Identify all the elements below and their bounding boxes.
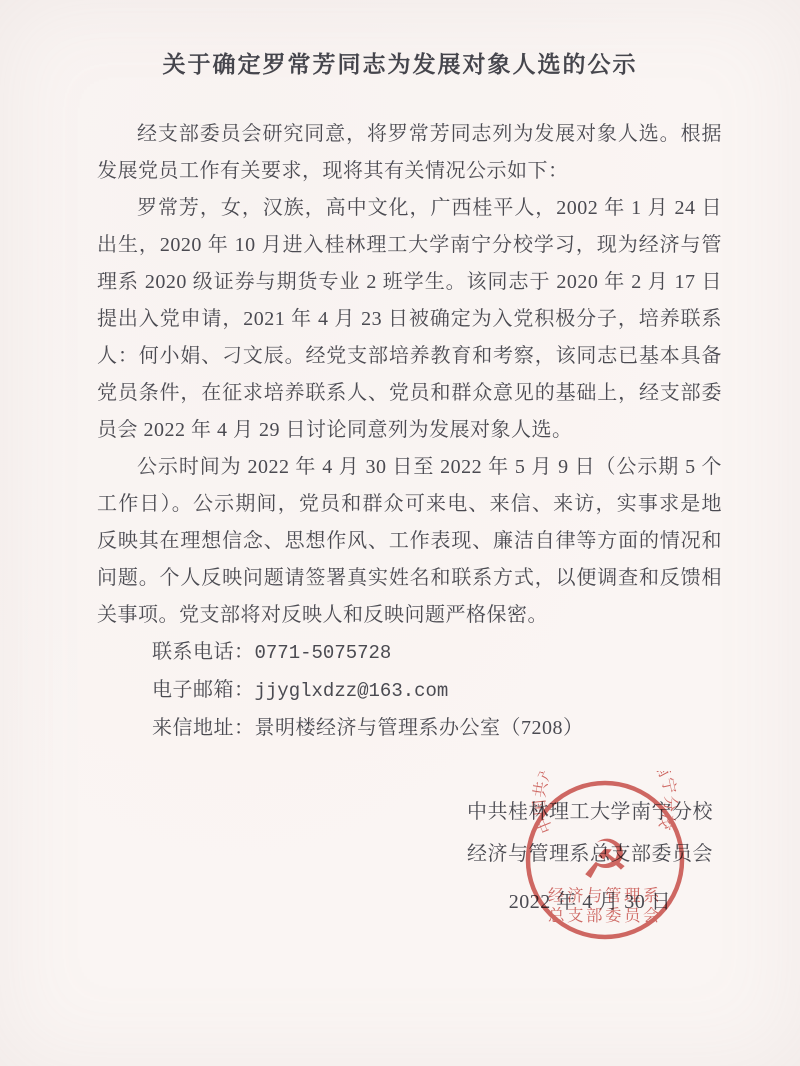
- contact-address-label: 来信地址：: [152, 717, 255, 739]
- contact-line-address: 来信地址：景明楼经济与管理系办公室（7208）: [97, 710, 722, 747]
- signature-org-line-2: 经济与管理系总支部委员会: [458, 843, 722, 865]
- contact-phone-value: 0771-5075728: [255, 642, 392, 664]
- signature-org-line-1: 中共桂林理工大学南宁分校: [458, 801, 722, 823]
- page-title: 关于确定罗常芳同志为发展对象人选的公示: [0, 46, 800, 79]
- contact-email-label: 电子邮箱：: [152, 679, 255, 701]
- contact-address-value: 景明楼经济与管理系办公室（7208）: [255, 717, 584, 739]
- document-body: 经支部委员会研究同意，将罗常芳同志列为发展对象人选。根据发展党员工作有关要求，现…: [97, 116, 722, 747]
- contact-line-email: 电子邮箱：jjyglxdzz@163.com: [97, 672, 722, 710]
- body-paragraph-1: 经支部委员会研究同意，将罗常芳同志列为发展对象人选。根据发展党员工作有关要求，现…: [97, 116, 722, 190]
- body-paragraph-3: 公示时间为 2022 年 4 月 30 日至 2022 年 5 月 9 日（公示…: [97, 449, 722, 634]
- scanned-document-page: 关于确定罗常芳同志为发展对象人选的公示 经支部委员会研究同意，将罗常芳同志列为发…: [0, 0, 800, 1066]
- contact-email-value: jjyglxdzz@163.com: [255, 680, 449, 702]
- contact-line-phone: 联系电话：0771-5075728: [97, 634, 722, 672]
- signature-block: 中共桂林理工大学南宁分校 经济与管理系总支部委员会 2022 年 4 月 30 …: [458, 801, 722, 913]
- contact-phone-label: 联系电话：: [152, 641, 255, 663]
- body-paragraph-2: 罗常芳，女，汉族，高中文化，广西桂平人，2002 年 1 月 24 日出生，20…: [97, 190, 722, 449]
- signature-date: 2022 年 4 月 30 日: [458, 891, 722, 913]
